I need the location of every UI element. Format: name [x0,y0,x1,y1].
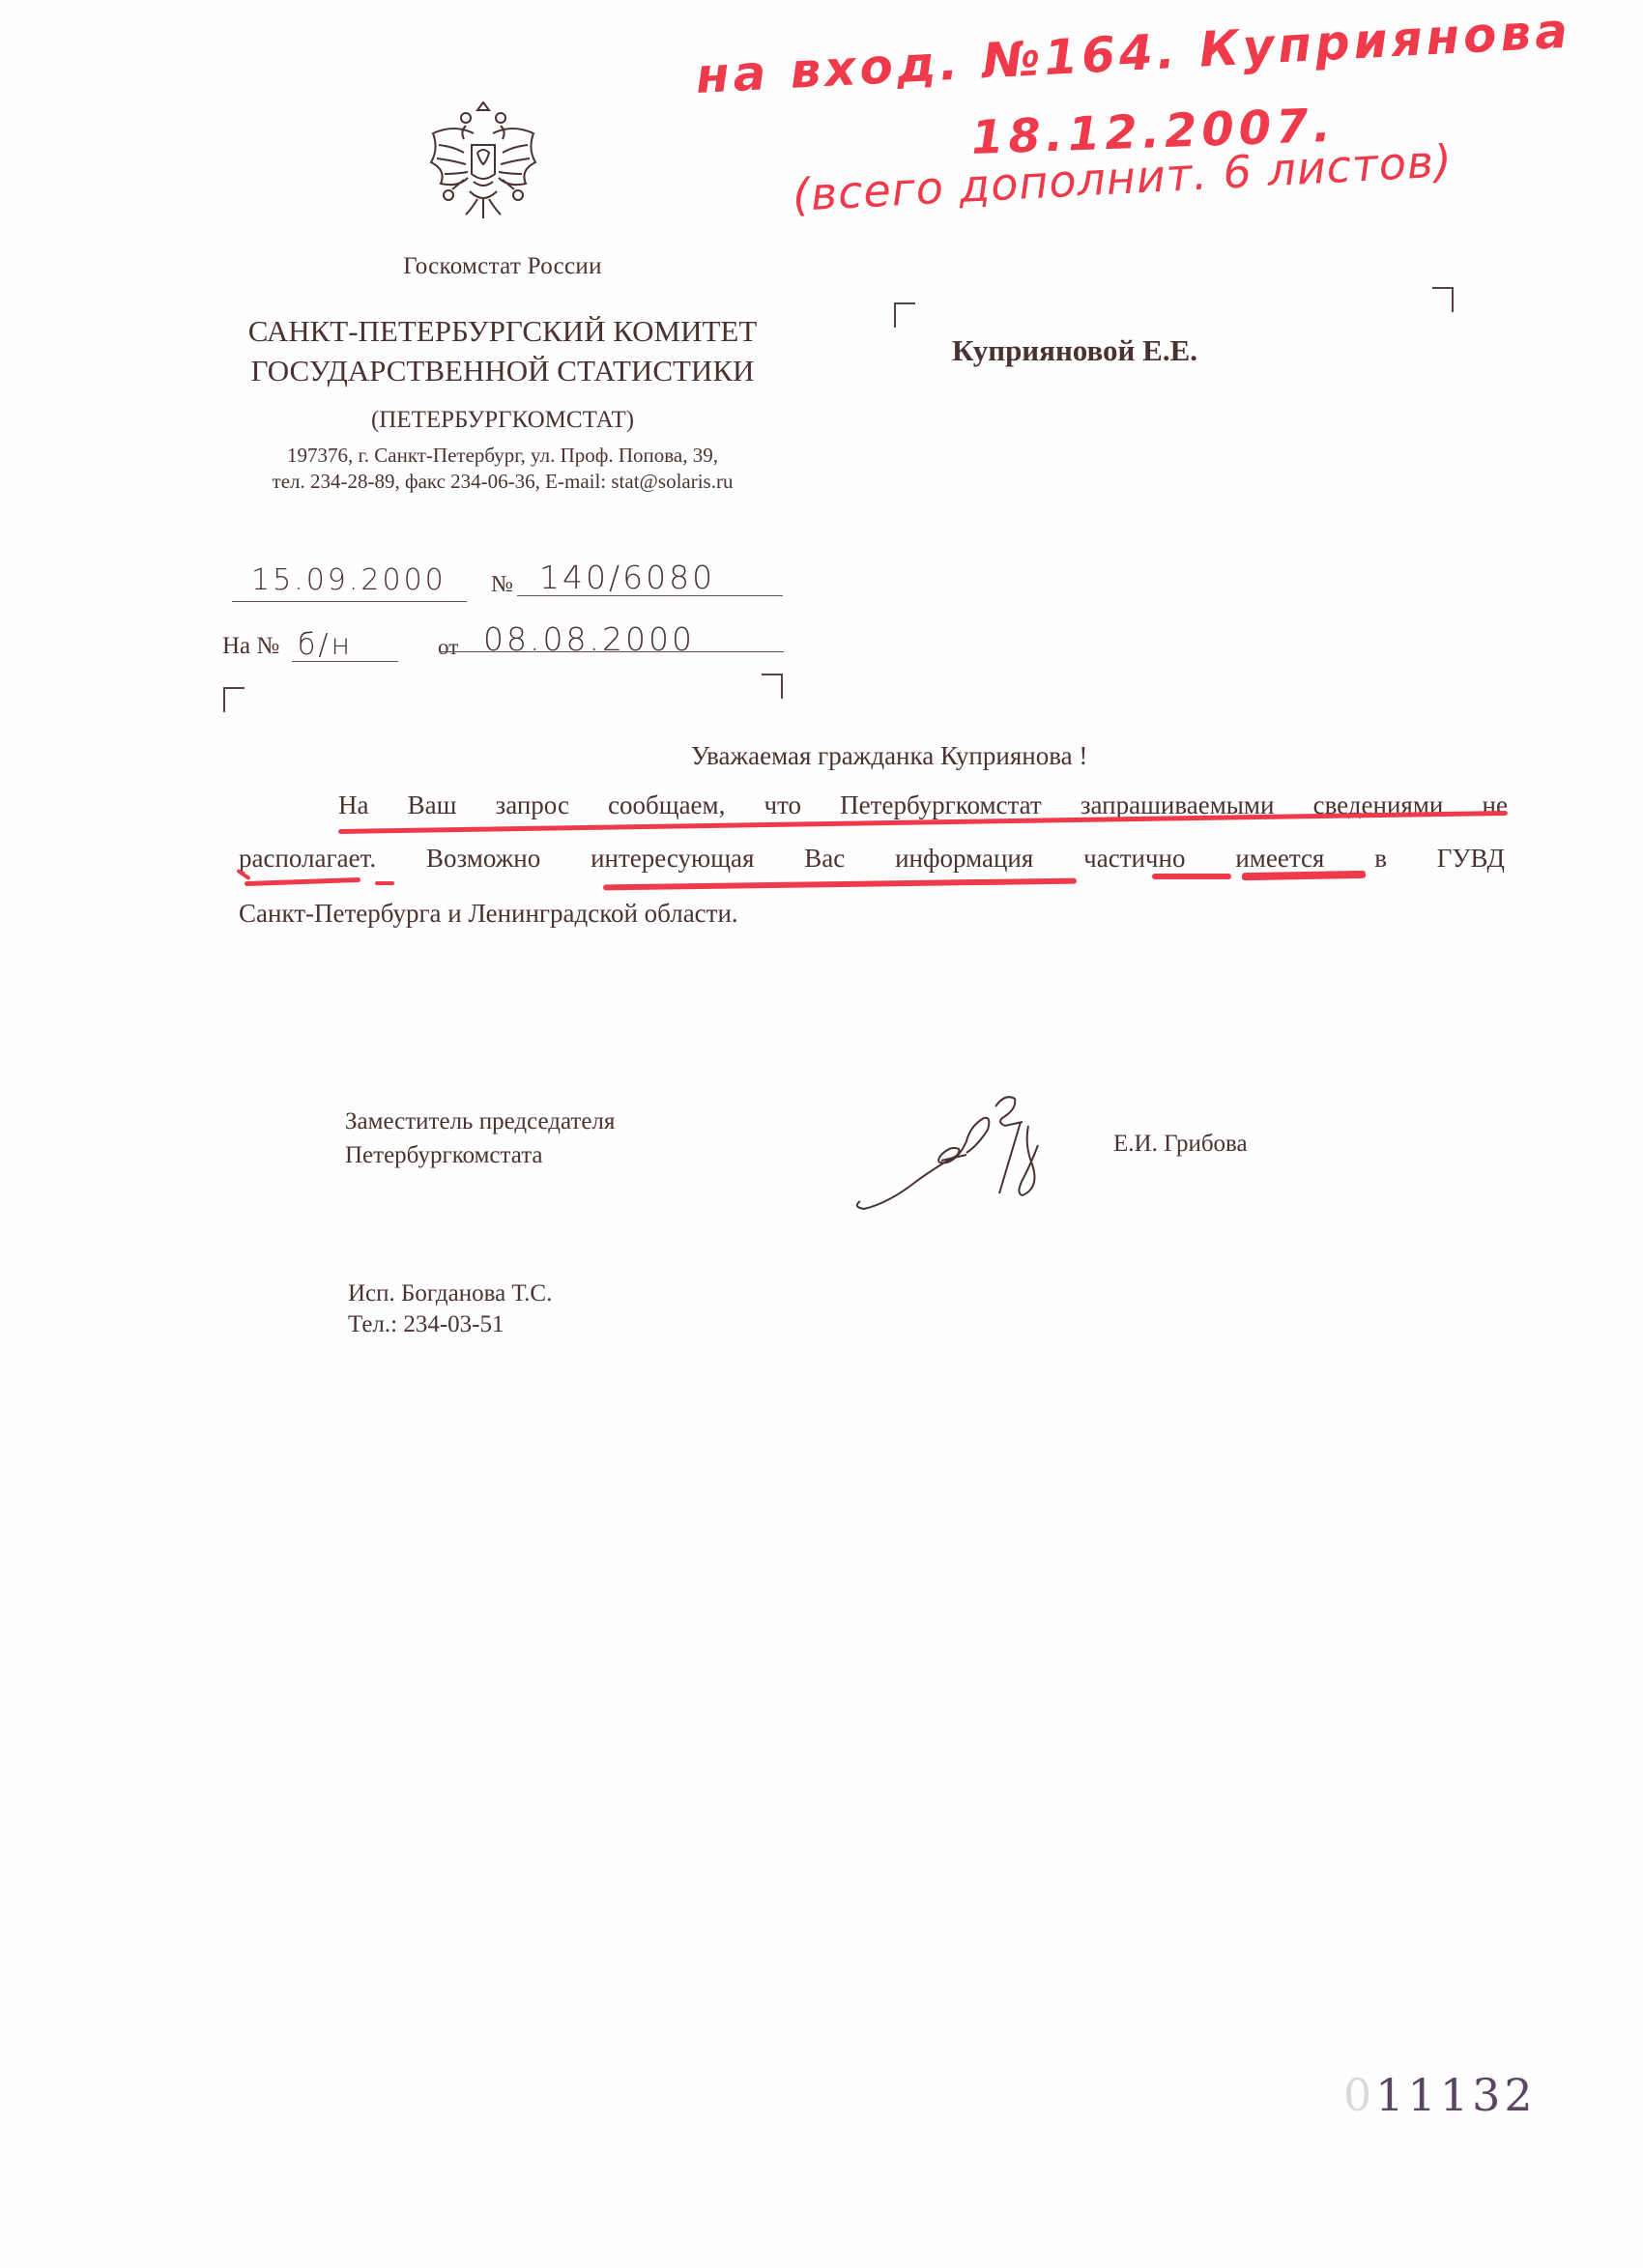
executor-name: Исп. Богданова Т.С. [348,1280,552,1307]
reference-number-label: На № [222,633,279,660]
serial-digits: 11132 [1375,2069,1536,2121]
agency-name: Госкомстат России [290,253,715,280]
committee-name-line2: ГОСУДАРСТВЕННОЙ СТАТИСТИКИ [213,354,793,388]
committee-name-line1: САНКТ-ПЕТЕРБУРГСКИЙ КОМИТЕТ [213,314,793,349]
outgoing-number-rule [517,595,783,596]
outgoing-number-label: № [491,572,513,598]
corner-bracket-icon [223,687,245,712]
reference-number-rule [292,661,398,662]
reference-date: 08.08.2000 [483,620,695,658]
red-underline [1242,871,1366,880]
address-line: 197376, г. Санкт-Петербург, ул. Проф. По… [213,444,793,468]
handwritten-signature-icon [850,1087,1082,1213]
red-underline [245,877,360,886]
body-word: На [338,790,368,820]
body-word: Возможно [426,844,540,874]
body-word: частично [1083,844,1185,874]
body-word: располагает. [239,844,376,874]
serial-faded-digit: 0 [1343,2069,1375,2121]
serial-number: 011132 [1343,2069,1537,2121]
body-word: Ваш [408,790,457,820]
committee-abbreviation: (ПЕТЕРБУРГКОМСТАТ) [213,407,793,434]
reference-from-label: от [438,635,458,660]
russian-coat-of-arms-icon [425,95,541,230]
outgoing-date-rule [232,601,467,602]
red-underline [375,881,394,885]
executor-phone: Тел.: 234-03-51 [348,1311,504,1338]
body-word: сообщаем, [608,790,725,820]
red-underline [1152,874,1231,879]
body-word: запрос [496,790,569,820]
body-word: интересующая [591,844,754,874]
contacts-line: тел. 234-28-89, факс 234-06-36, E-mail: … [213,470,793,494]
body-word: что [764,790,802,820]
signer-name: Е.И. Грибова [1113,1131,1248,1158]
signer-title-line2: Петербургкомстата [345,1142,543,1169]
body-word: Вас [804,844,845,874]
corner-bracket-icon [1432,287,1454,312]
salutation: Уважаемая гражданка Куприянова ! [691,741,1087,771]
corner-bracket-icon [894,302,915,328]
recipient-name: Куприяновой Е.Е. [952,333,1197,368]
body-line-2: располагает. Возможно интересующая Вас и… [239,844,1505,874]
body-word: Петербургкомстат [840,790,1042,820]
body-word: имеется [1235,844,1324,874]
corner-bracket-icon [762,674,783,699]
reference-number: б/н [298,628,353,662]
body-line-3: Санкт-Петербурга и Ленинградской области… [239,899,1505,929]
outgoing-date: 15.09.2000 [251,563,447,597]
outgoing-number: 140/6080 [539,559,715,596]
body-word: в [1374,844,1387,874]
reference-date-rule [440,651,784,652]
body-word: информация [895,844,1033,874]
signer-title-line1: Заместитель председателя [345,1108,615,1135]
body-word: ГУВД [1437,844,1505,874]
red-underline [603,878,1077,891]
handwritten-note-line1: на вход. №164. Куприянова [694,3,1572,104]
